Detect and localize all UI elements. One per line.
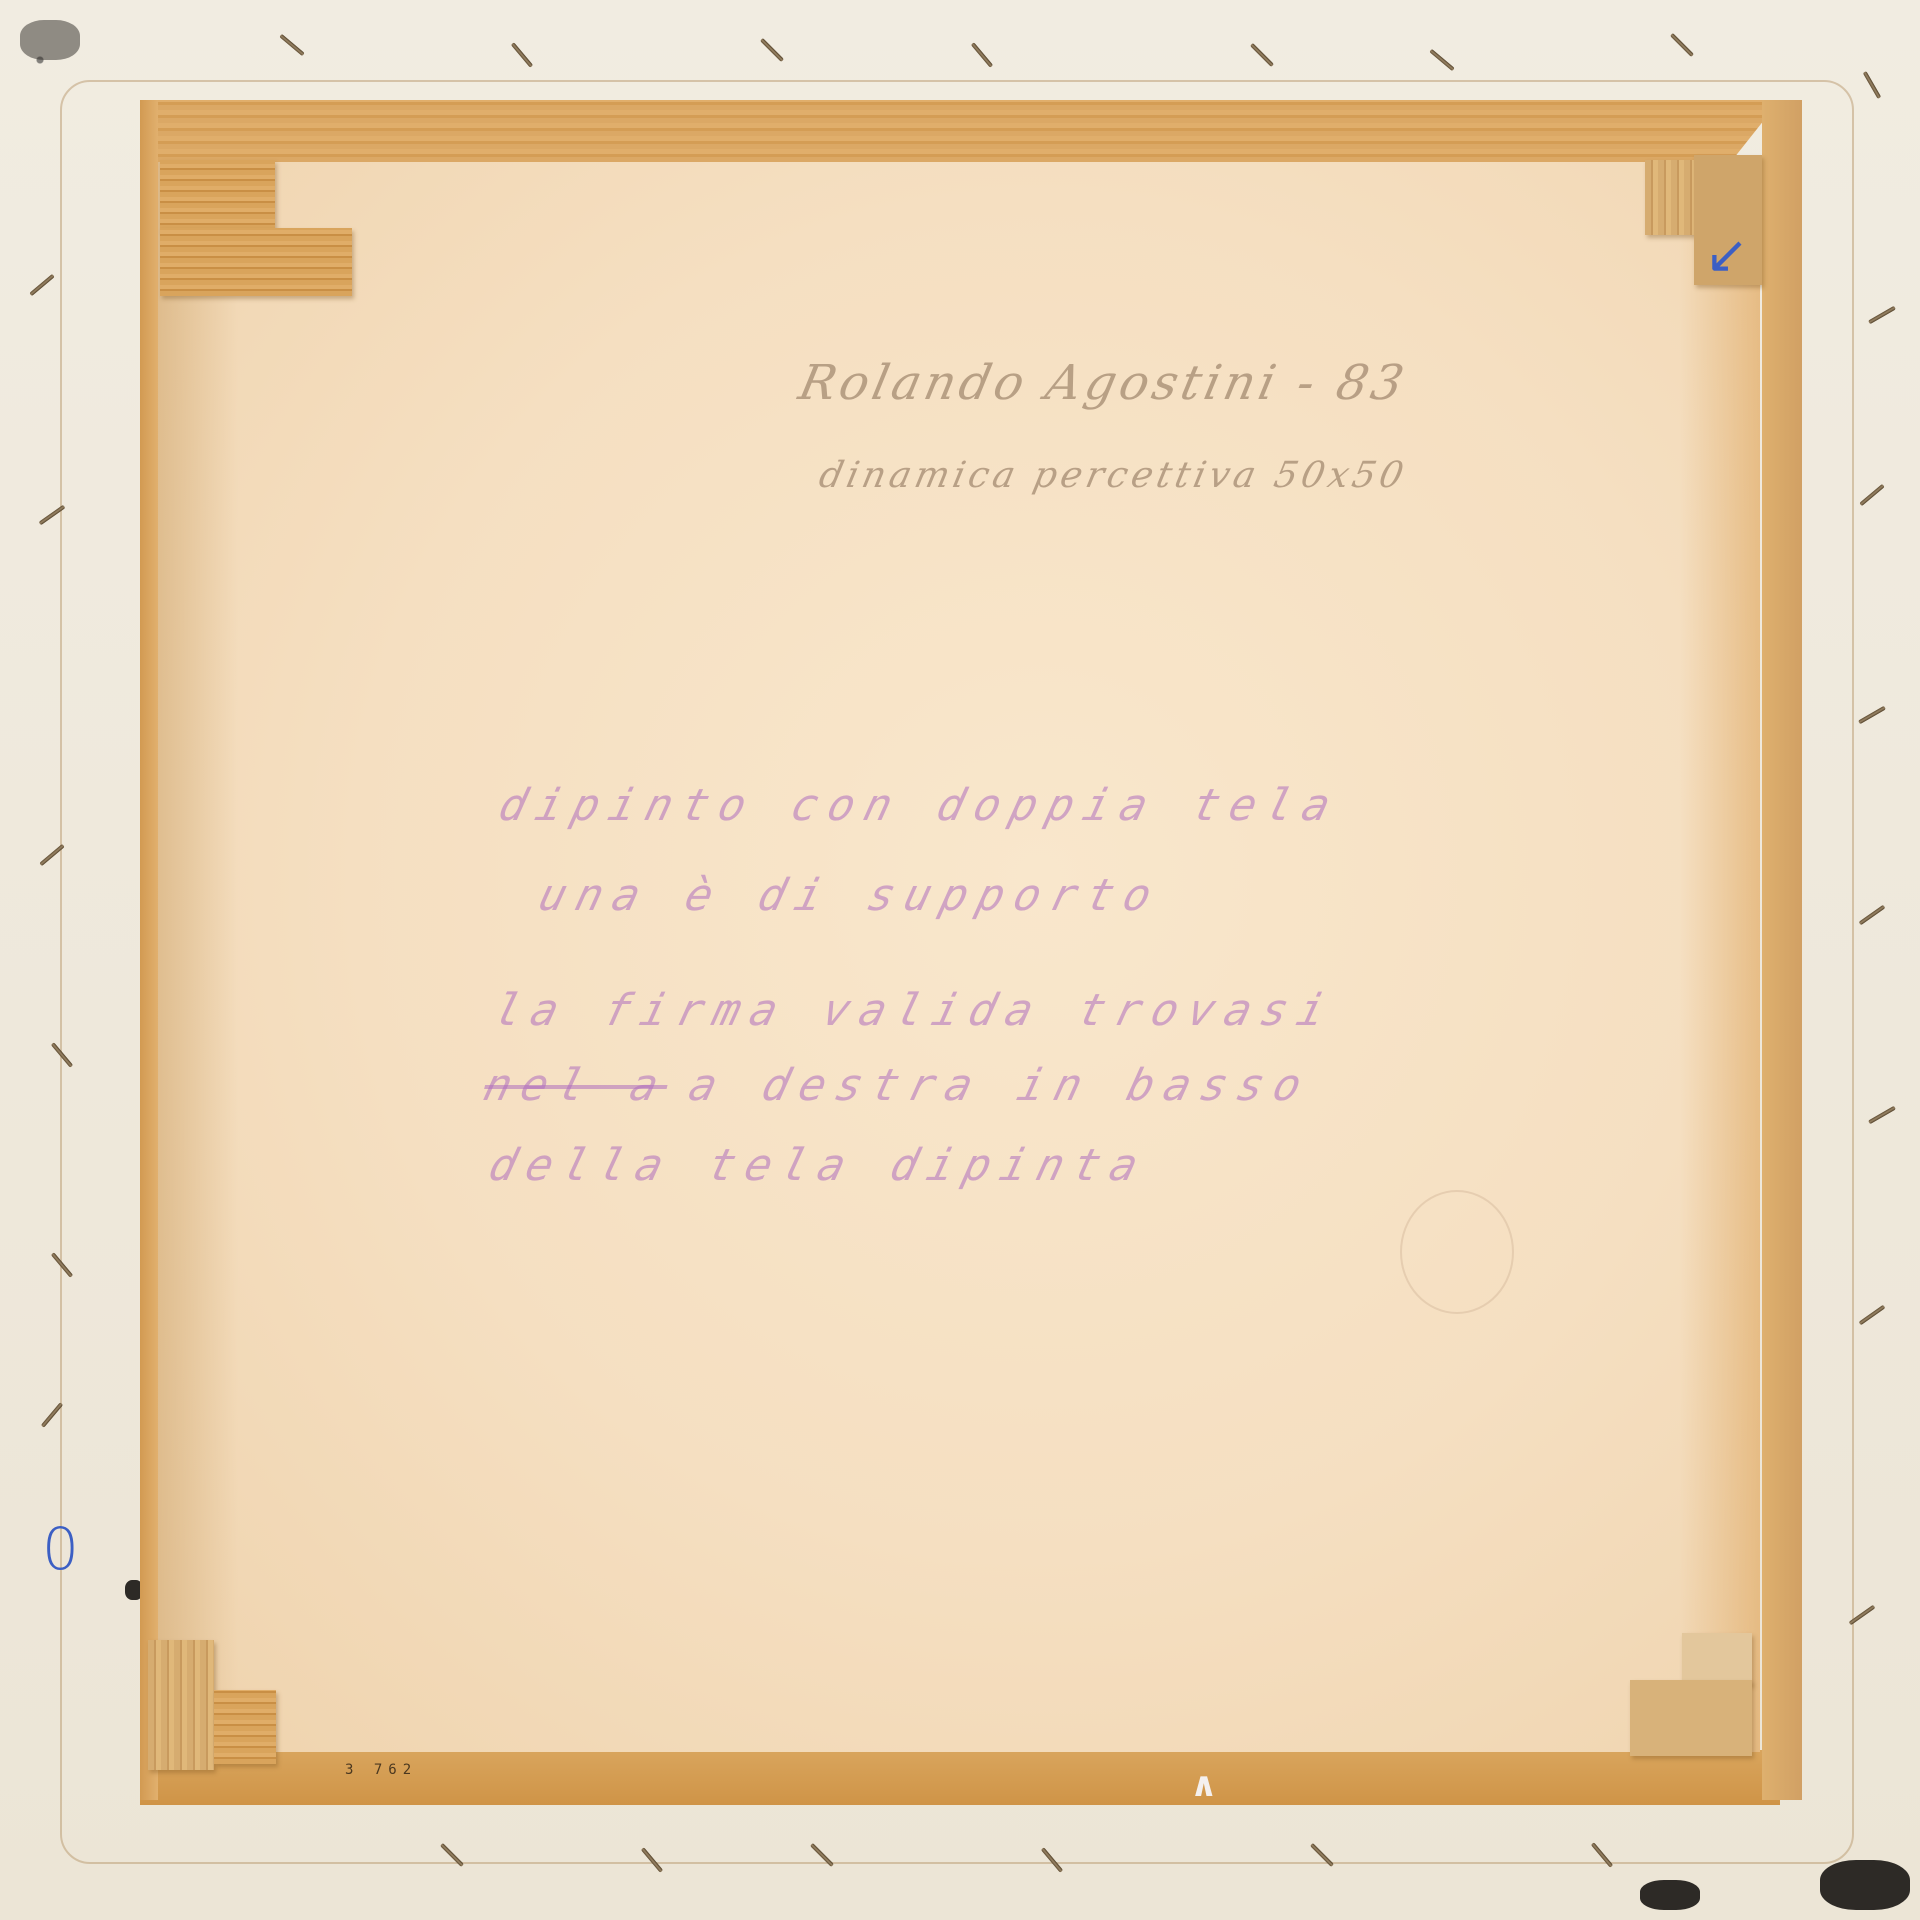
stretcher-bar-right	[1762, 100, 1802, 1800]
note-line-1: dipinto con doppia tela	[494, 780, 1346, 831]
corner-key-top-left-b	[160, 228, 352, 296]
note-line-5: della tela dipinta	[484, 1140, 1154, 1191]
faint-pencil-sketch	[1400, 1190, 1514, 1314]
note-line-4: a destra in basso	[684, 1060, 1317, 1111]
corner-key-bottom-left-a	[148, 1640, 214, 1770]
paint-smudge	[20, 20, 80, 60]
corner-key-top-right-a	[1645, 160, 1695, 235]
blue-oval-mark: 0	[42, 1515, 79, 1583]
corner-key-bottom-right-b	[1630, 1680, 1752, 1756]
stretcher-number: 3 762	[345, 1762, 417, 1778]
stretcher-bar-left	[140, 100, 158, 1800]
corner-key-bottom-right-a	[1682, 1633, 1752, 1685]
artist-signature: Rolando Agostini - 83	[794, 355, 1412, 411]
corner-key-bottom-left-b	[214, 1690, 276, 1764]
chalk-mark: ∧	[1190, 1765, 1218, 1805]
stretcher-bar-top	[140, 100, 1780, 162]
paint-smudge	[1820, 1860, 1910, 1910]
canvas-shadow-right	[1680, 162, 1760, 1752]
paint-smudge	[1640, 1880, 1700, 1910]
corner-key-top-left-a	[160, 160, 275, 230]
note-line-2: una è di supporto	[534, 870, 1167, 921]
blue-arrow-mark: ↙	[1705, 225, 1749, 285]
note-line-3: la firma valida trovasi	[489, 985, 1341, 1036]
note-struck-text: nel a	[479, 1060, 674, 1111]
canvas-shadow-left	[158, 162, 238, 1752]
artwork-title-size: dinamica percettiva 50x50	[816, 455, 1411, 496]
